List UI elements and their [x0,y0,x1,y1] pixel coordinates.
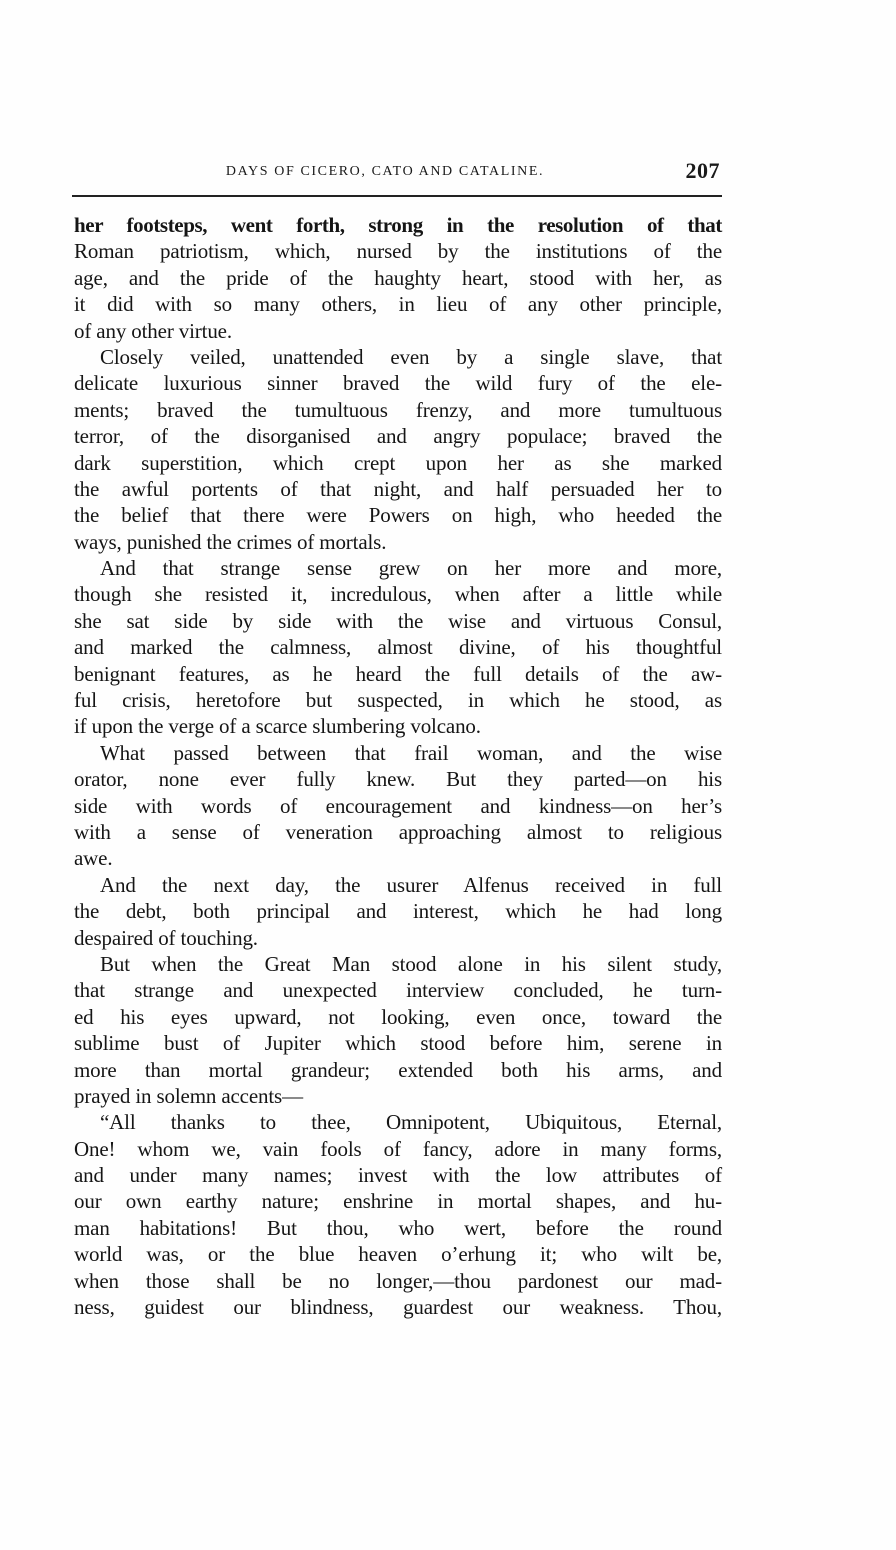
text-line: ways, punished the crimes of mortals. [74,529,722,555]
text-line: if upon the verge of a scarce slumbering… [74,713,722,739]
text-line: side with words of encouragement and kin… [74,793,722,819]
text-line: and marked the calmness, almost divine, … [74,634,722,660]
text-line: more than mortal grandeur; extended both… [74,1057,722,1083]
body-text: her footsteps, went forth, strong in the… [74,212,722,1320]
text-line: delicate luxurious sinner braved the wil… [74,370,722,396]
text-line: though she resisted it, incredulous, whe… [74,581,722,607]
header-rule [72,195,722,197]
text-line: that strange and unexpected interview co… [74,977,722,1003]
running-head: DAYS OF CICERO, CATO AND CATALINE. 207 [72,160,722,190]
text-line: age, and the pride of the haughty heart,… [74,265,722,291]
text-line: with a sense of veneration approaching a… [74,819,722,845]
text-line: despaired of touching. [74,925,722,951]
text-line: ful crisis, heretofore but suspected, in… [74,687,722,713]
text-line: ed his eyes upward, not looking, even on… [74,1004,722,1030]
text-line: it did with so many others, in lieu of a… [74,291,722,317]
text-line: awe. [74,845,722,871]
text-line: One! whom we, vain fools of fancy, adore… [74,1136,722,1162]
text-line: ness, guidest our blindness, guardest ou… [74,1294,722,1320]
text-line: orator, none ever fully knew. But they p… [74,766,722,792]
paragraph-first-line: What passed between that frail woman, an… [74,740,722,766]
text-line: prayed in solemn accents— [74,1083,722,1109]
paragraph-first-line: “All thanks to thee, Omnipotent, Ubiquit… [74,1109,722,1135]
running-title: DAYS OF CICERO, CATO AND CATALINE. [150,164,620,180]
text-line: and under many names; invest with the lo… [74,1162,722,1188]
text-line: terror, of the disorganised and angry po… [74,423,722,449]
paragraph-first-line: But when the Great Man stood alone in hi… [74,951,722,977]
paragraph-first-line: Closely veiled, unattended even by a sin… [74,344,722,370]
page-number: 207 [686,158,721,184]
text-line: her footsteps, went forth, strong in the… [74,212,722,238]
text-line: she sat side by side with the wise and v… [74,608,722,634]
paragraph-first-line: And that strange sense grew on her more … [74,555,722,581]
book-page: DAYS OF CICERO, CATO AND CATALINE. 207 h… [0,0,896,1550]
text-line: man habitations! But thou, who wert, bef… [74,1215,722,1241]
text-line: when those shall be no longer,—thou pard… [74,1268,722,1294]
paragraph-first-line: And the next day, the usurer Alfenus rec… [74,872,722,898]
text-line: sublime bust of Jupiter which stood befo… [74,1030,722,1056]
text-line: Roman patriotism, which, nursed by the i… [74,238,722,264]
text-line: benignant features, as he heard the full… [74,661,722,687]
text-line: world was, or the blue heaven o’erhung i… [74,1241,722,1267]
text-line: of any other virtue. [74,318,722,344]
text-line: ments; braved the tumultuous frenzy, and… [74,397,722,423]
text-line: the belief that there were Powers on hig… [74,502,722,528]
text-line: dark superstition, which crept upon her … [74,450,722,476]
text-line: the debt, both principal and interest, w… [74,898,722,924]
text-line: the awful portents of that night, and ha… [74,476,722,502]
text-line: our own earthy nature; enshrine in morta… [74,1188,722,1214]
